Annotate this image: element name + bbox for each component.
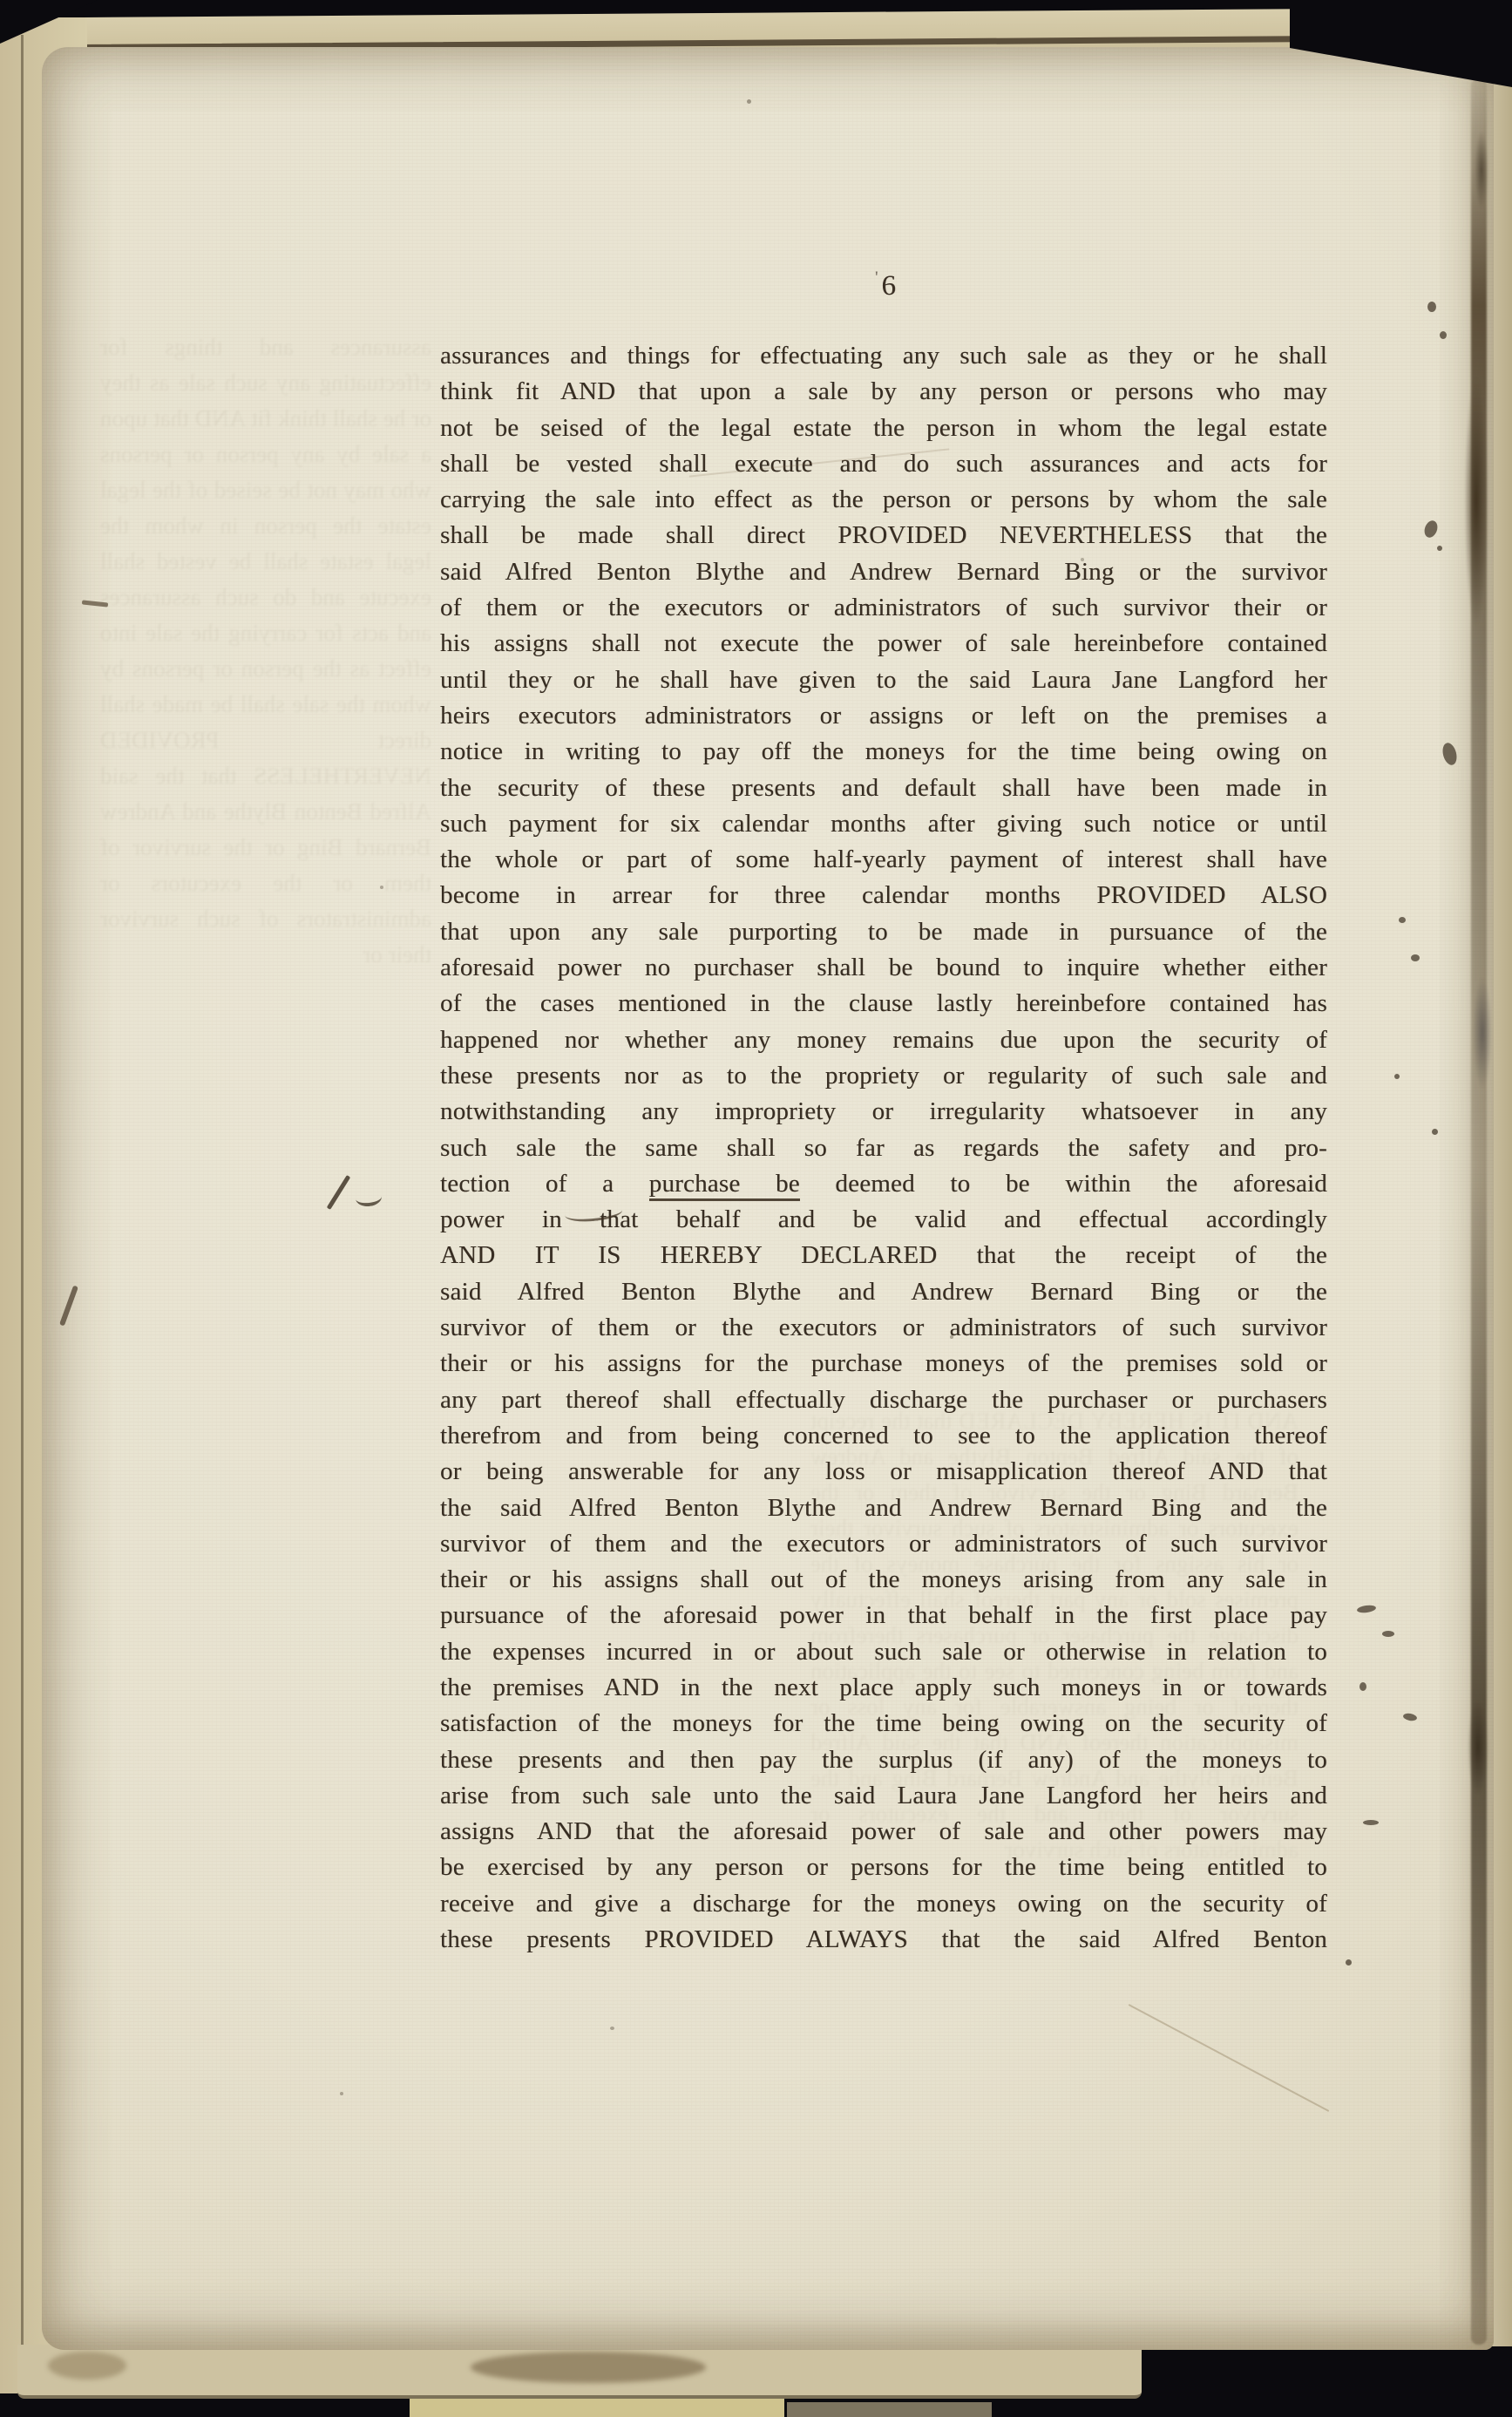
text-line: heirs executors administrators or assign… bbox=[440, 698, 1327, 734]
bottom-edge-smudge bbox=[471, 2352, 706, 2383]
text-line: the security of these presents and defau… bbox=[440, 771, 1327, 806]
text-line: happened nor whether any money remains d… bbox=[440, 1022, 1327, 1058]
text-line: said Alfred Benton Blythe and Andrew Ber… bbox=[440, 1274, 1327, 1310]
text-line: notwithstanding any impropriety or irreg… bbox=[440, 1094, 1327, 1130]
ink-speck bbox=[1399, 917, 1406, 923]
text-line: the expenses incurred in or about such s… bbox=[440, 1634, 1327, 1670]
text-line: the premises AND in the next place apply… bbox=[440, 1670, 1327, 1706]
ink-speck bbox=[1382, 1631, 1394, 1637]
text-line: shall be vested shall execute and do suc… bbox=[440, 446, 1327, 482]
text-line: these presents and then pay the surplus … bbox=[440, 1742, 1327, 1778]
text-line: the whole or part of some half-yearly pa… bbox=[440, 842, 1327, 878]
dust-dot bbox=[950, 1335, 953, 1339]
page-text: assurances and things for effectuating a… bbox=[440, 338, 1327, 1958]
ink-speck bbox=[1394, 1074, 1400, 1079]
text-line: such sale the same shall so far as regar… bbox=[440, 1130, 1327, 1166]
ink-speck bbox=[1427, 302, 1436, 312]
text-line: think fit AND that upon a sale by any pe… bbox=[440, 374, 1327, 410]
ink-speck bbox=[1346, 1959, 1352, 1966]
text-line: their or his assigns shall out of the mo… bbox=[440, 1562, 1327, 1598]
text-line: aforesaid power no purchaser shall be bo… bbox=[440, 950, 1327, 986]
text-line: assigns AND that the aforesaid power of … bbox=[440, 1814, 1327, 1850]
text-line: of them or the executors or administrato… bbox=[440, 590, 1327, 626]
dust-dot bbox=[380, 886, 383, 889]
underlying-page-edge-left-crease bbox=[21, 35, 24, 2350]
ink-speck bbox=[1440, 331, 1447, 339]
bottom-left-smudge bbox=[48, 2352, 126, 2380]
text-line: the said Alfred Benton Blythe and Andrew… bbox=[440, 1490, 1327, 1526]
text-line: of the cases mentioned in the clause las… bbox=[440, 986, 1327, 1022]
ink-speck bbox=[1432, 1129, 1438, 1135]
table-sliver-dark bbox=[787, 2402, 992, 2417]
dust-dot bbox=[610, 2027, 614, 2030]
crease-stain bbox=[1475, 131, 1488, 209]
text-line: shall be made shall direct PROVIDED NEVE… bbox=[440, 518, 1327, 553]
crease-stain bbox=[1473, 976, 1492, 1090]
text-line: not be seised of the legal estate the pe… bbox=[440, 411, 1327, 446]
text-line: said Alfred Benton Blythe and Andrew Ber… bbox=[440, 554, 1327, 590]
text-line: their or his assigns for the purchase mo… bbox=[440, 1346, 1327, 1382]
text-line: notice in writing to pay off the moneys … bbox=[440, 734, 1327, 770]
text-line: survivor of them and the executors or ad… bbox=[440, 1526, 1327, 1562]
dust-dot bbox=[1081, 558, 1084, 561]
crease-stain bbox=[1468, 1700, 1488, 1796]
text-line: his assigns shall not execute the power … bbox=[440, 626, 1327, 662]
text-line: receive and give a discharge for the mon… bbox=[440, 1886, 1327, 1922]
scanned-book-photo: assurances and things for effectuating a… bbox=[0, 0, 1512, 2417]
text-line: tection of a purchase be deemed to be wi… bbox=[440, 1166, 1327, 1202]
text-line: survivor of them or the executors or adm… bbox=[440, 1310, 1327, 1346]
text-line: until they or he shall have given to the… bbox=[440, 662, 1327, 698]
dust-dot bbox=[747, 99, 751, 104]
text-line: assurances and things for effectuating a… bbox=[440, 338, 1327, 374]
text-line: pursuance of the aforesaid power in that… bbox=[440, 1598, 1327, 1633]
text-line: any part thereof shall effectually disch… bbox=[440, 1382, 1327, 1418]
pen-tick: ' bbox=[875, 268, 878, 287]
text-line: these presents PROVIDED ALWAYS that the … bbox=[440, 1922, 1327, 1958]
text-line: become in arrear for three calendar mont… bbox=[440, 878, 1327, 913]
dust-dot bbox=[340, 2092, 343, 2095]
text-line: AND IT IS HEREBY DECLARED that the recei… bbox=[440, 1238, 1327, 1273]
ink-speck bbox=[1437, 546, 1442, 551]
text-line: that upon any sale purporting to be made… bbox=[440, 914, 1327, 950]
page-number: '6 bbox=[875, 268, 897, 302]
handwritten-underline: purchase be bbox=[649, 1170, 800, 1201]
ink-speck bbox=[1363, 1820, 1379, 1825]
ink-speck bbox=[1411, 954, 1420, 961]
text-line: such payment for six calendar months aft… bbox=[440, 806, 1327, 842]
text-line: therefrom and from being concerned to se… bbox=[440, 1418, 1327, 1454]
text-line: these presents nor as to the propriety o… bbox=[440, 1058, 1327, 1094]
text-line: be exercised by any person or persons fo… bbox=[440, 1850, 1327, 1885]
crease-stain bbox=[1464, 375, 1488, 628]
text-line: satisfaction of the moneys for the time … bbox=[440, 1706, 1327, 1741]
text-line: carrying the sale into effect as the per… bbox=[440, 482, 1327, 518]
text-line: arise from such sale unto the said Laura… bbox=[440, 1778, 1327, 1814]
ink-speck bbox=[1359, 1682, 1366, 1691]
text-line: or being answerable for any loss or misa… bbox=[440, 1454, 1327, 1490]
table-sliver bbox=[410, 2399, 784, 2417]
